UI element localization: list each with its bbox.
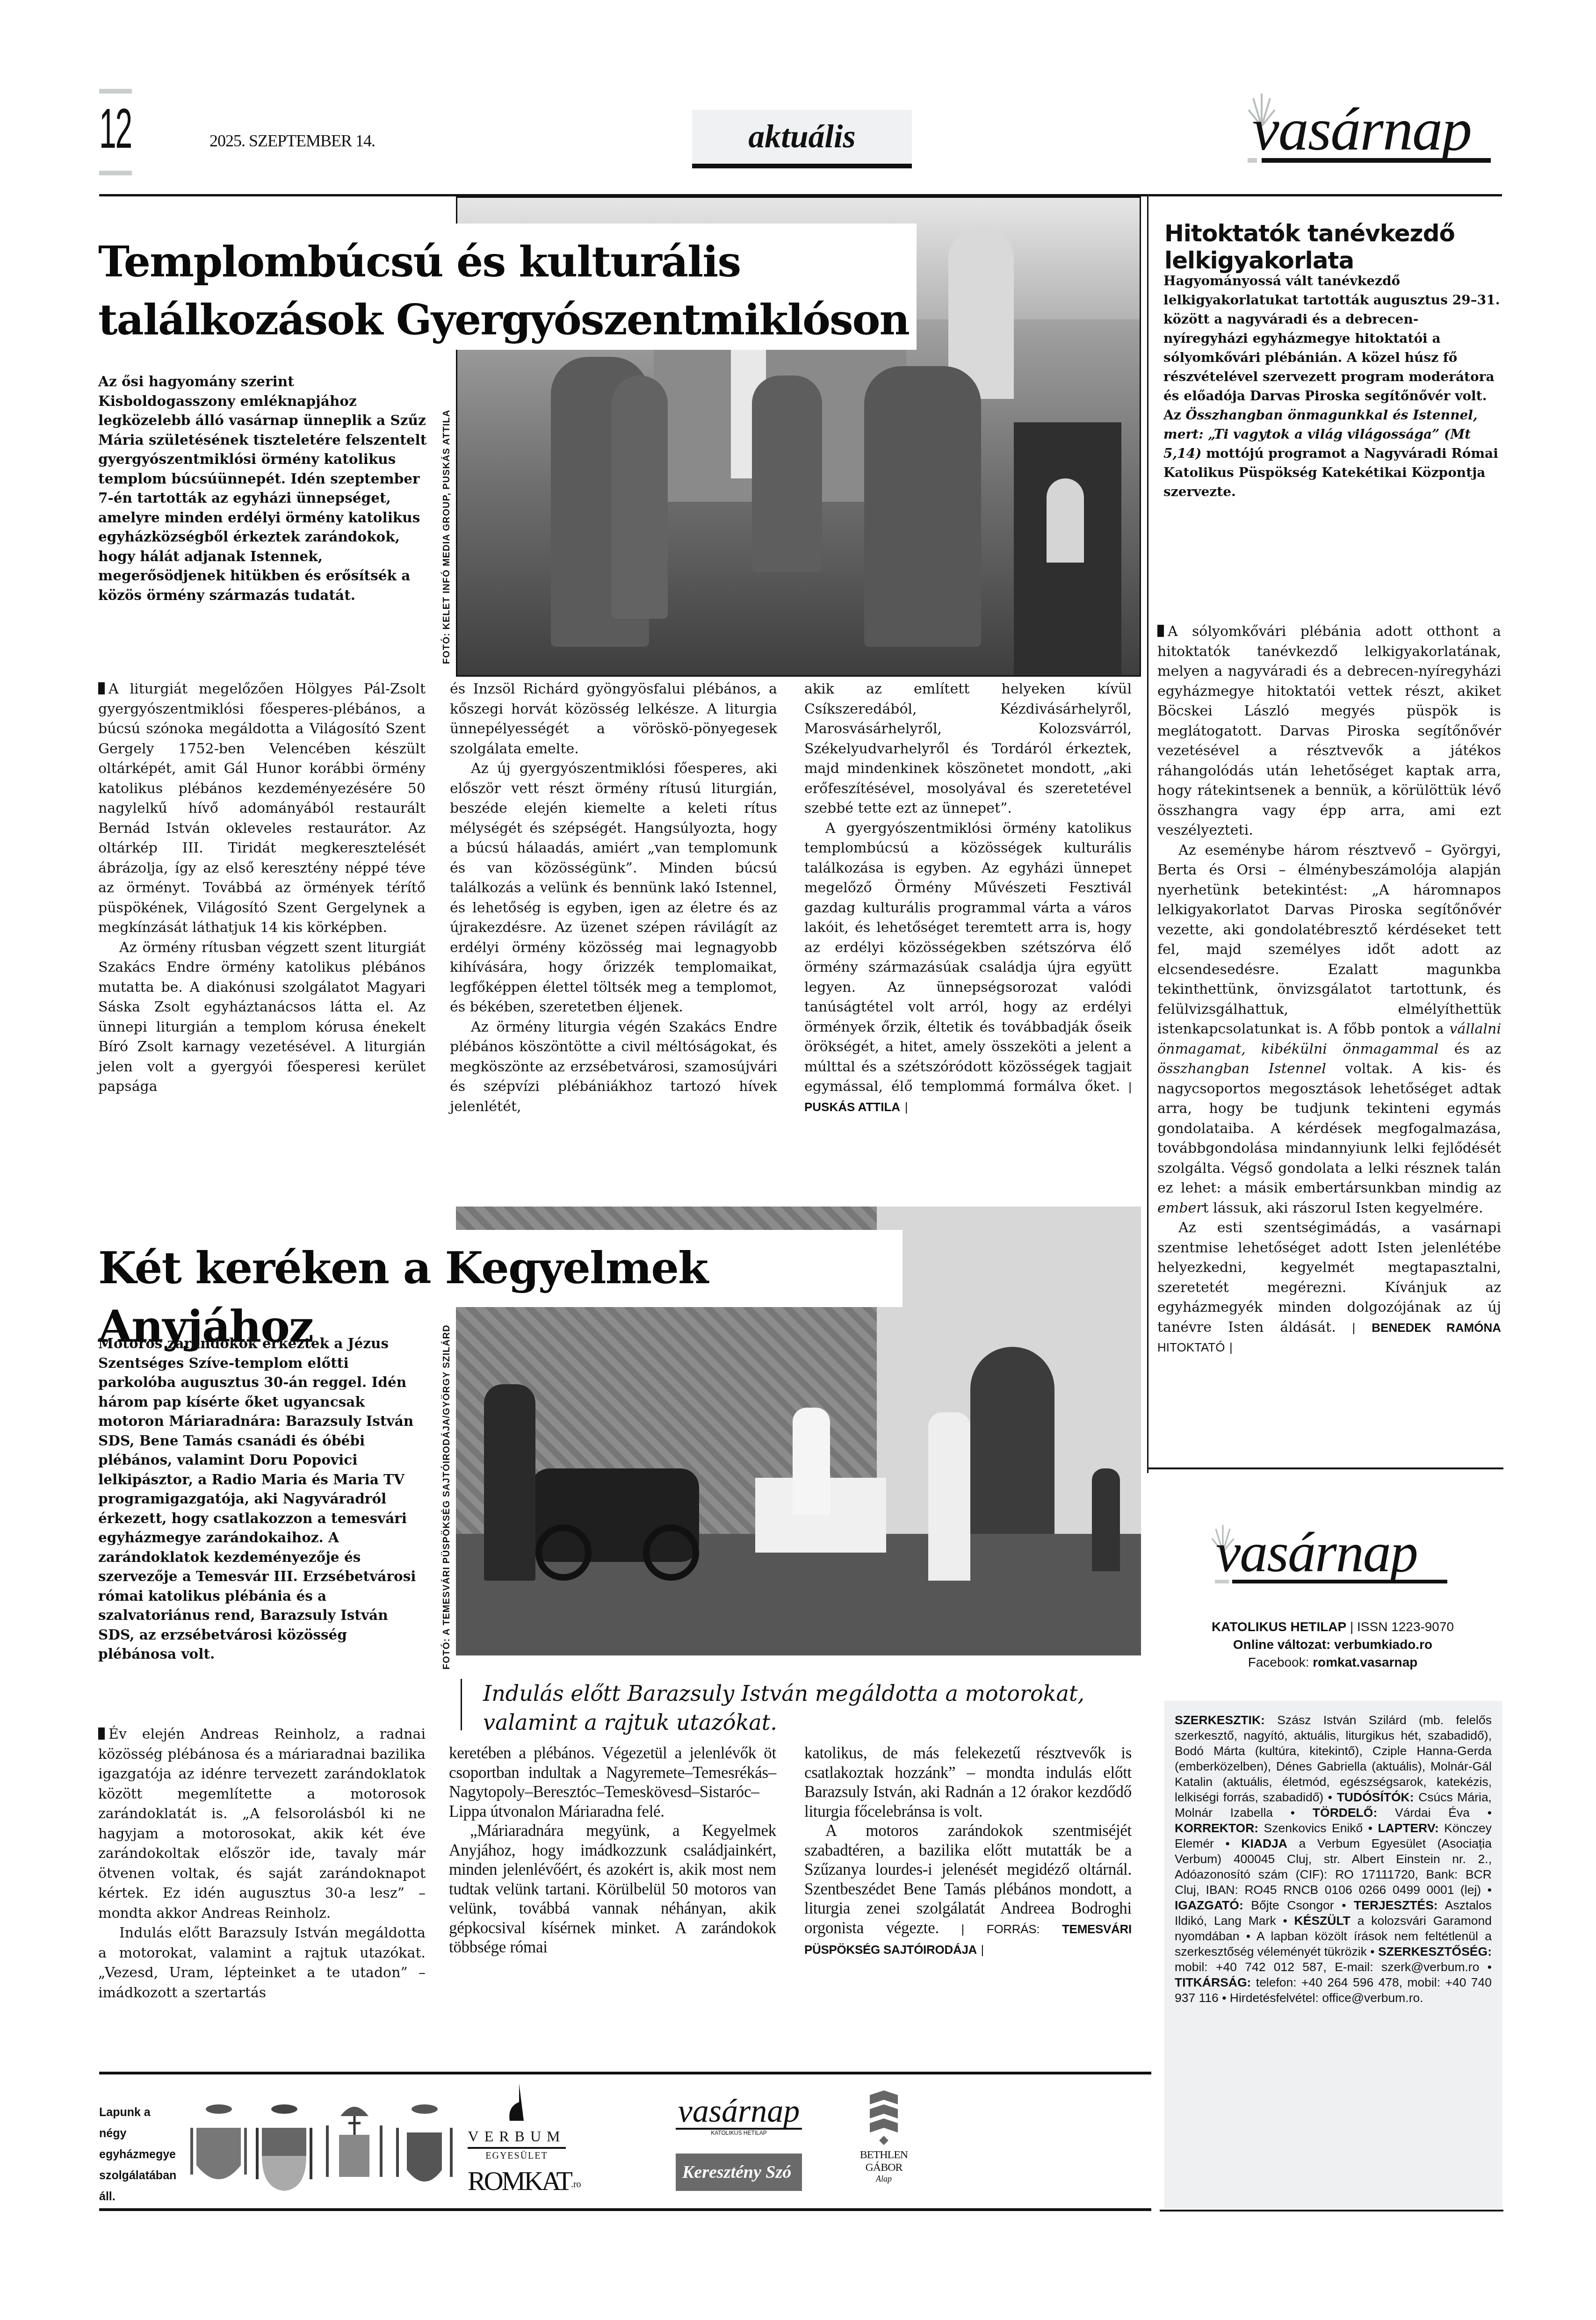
article1-col1: A liturgiát megelőzően Hölgyes Pál-Zsolt… bbox=[98, 679, 426, 1097]
imprint-info: KATOLIKUS HETILAP | ISSN 1223-9070 Onlin… bbox=[1164, 1618, 1501, 1671]
article1-author: PUSKÁS ATTILA bbox=[804, 1100, 900, 1114]
logo-rule-black bbox=[1262, 158, 1491, 163]
bethlen-gabor-logo: BETHLEN GÁBOR Alap bbox=[846, 2090, 921, 2184]
article2-title: Két keréken a Kegyelmek Anyjához bbox=[94, 1230, 903, 1307]
logo-rule-black bbox=[1232, 1580, 1447, 1583]
article1-col3: akik az említett helyeken kívül Csíkszer… bbox=[804, 679, 1132, 1117]
article2-col2: keretében a plébános. Végezetül a jelenl… bbox=[449, 1743, 776, 1957]
chalice-emblem bbox=[1047, 478, 1084, 563]
sidebar-divider bbox=[1147, 196, 1148, 1473]
kereszteny-szo-logo: Keresztény Szó ✝ bbox=[676, 2154, 802, 2191]
priest-figure bbox=[793, 1408, 830, 1515]
imprint-wordmark: vasárnap bbox=[1216, 1525, 1417, 1581]
issue-date: 2025. SZEPTEMBER 14. bbox=[209, 131, 375, 151]
robed-figure bbox=[864, 366, 981, 647]
paragraph-marker bbox=[98, 1727, 105, 1740]
bethlen-chevron-icon bbox=[867, 2090, 900, 2147]
motorcycle-wheel bbox=[643, 1525, 699, 1581]
article2-col1: Év elején Andreas Reinholz, a radnai köz… bbox=[98, 1725, 426, 2003]
photo-credit-2: FOTÓ: A TEMESVÁRI PÜSPÖKSÉG SAJTÓIRODÁJA… bbox=[441, 1305, 452, 1670]
robed-figure bbox=[752, 376, 822, 572]
article2-col3: katolikus, de más felekezetű résztvevők … bbox=[804, 1743, 1132, 1960]
ads-email[interactable]: Hirdetésfelvétel: office@verbum.ro. bbox=[1230, 1991, 1423, 2005]
paragraph-marker bbox=[98, 682, 105, 694]
editorial-email[interactable]: mobil: +40 742 012 587, E-mail: szerk@ve… bbox=[1175, 1960, 1479, 1974]
vasarnap-footer-logo: vasárnap KATOLIKUS HETILAP bbox=[676, 2095, 802, 2136]
church-door bbox=[970, 1347, 1054, 1534]
facebook-link[interactable]: romkat.vasarnap bbox=[1313, 1655, 1417, 1670]
diocese-crest-4-icon bbox=[393, 2100, 456, 2193]
romkat-logo: ROMKAT.ro bbox=[468, 2165, 566, 2197]
section-label: aktuális bbox=[748, 110, 856, 164]
priest-figure bbox=[928, 1412, 970, 1581]
page-number-bar-bottom bbox=[99, 171, 132, 175]
photo-caption: Indulás előtt Barazsuly István megáldott… bbox=[461, 1679, 1134, 1730]
robed-figure bbox=[612, 376, 668, 619]
page-number: 12 bbox=[99, 101, 131, 157]
footer-rule-bottom bbox=[99, 2208, 1151, 2211]
imprint-rule bbox=[1160, 2210, 1503, 2212]
sidebar-lead: Hagyományossá vált tanévkezdő lelkigyako… bbox=[1163, 271, 1501, 501]
sidebar-body: A sólyomkővári plébánia adott otthont a … bbox=[1157, 622, 1501, 1358]
article1-col2: és Inzsöl Richárd gyöngyösfalui plébános… bbox=[450, 679, 777, 1117]
footer-rule-top bbox=[99, 2072, 1151, 2074]
verbum-book-icon bbox=[505, 2083, 528, 2125]
diocese-crest-1-icon bbox=[187, 2100, 250, 2193]
sidebar-author: BENEDEK RAMÓNA bbox=[1372, 1321, 1501, 1335]
biker-figure bbox=[484, 1384, 535, 1581]
verbum-logo: VERBUM EGYESÜLET bbox=[468, 2083, 566, 2161]
musician-figure bbox=[1092, 1468, 1120, 1571]
sidebar-title: Hitoktatók tanévkezdő lelkigyakorlata bbox=[1164, 220, 1501, 274]
diocese-crest-3-icon bbox=[323, 2097, 386, 2191]
brand-logo: vasárnap bbox=[1248, 94, 1491, 164]
article1-lead: Az ősi hagyomány szerint Kisboldogasszon… bbox=[98, 372, 430, 605]
paragraph-marker bbox=[1157, 625, 1164, 637]
article1-title: Templombúcsú és kulturális találkozások … bbox=[94, 224, 917, 350]
logo-rule-gray bbox=[1215, 1580, 1229, 1583]
article2-lead: Motoros zarándokok érkeztek a Jézus Szen… bbox=[98, 1334, 428, 1664]
diocese-crest-2-icon bbox=[253, 2100, 316, 2193]
imprint-box: SZERKESZTIK: Szász István Szilárd (mb. f… bbox=[1164, 1701, 1502, 2208]
imprint-logo: vasárnap bbox=[1211, 1525, 1454, 1585]
footer-label: Lapunk a négy egyházmegye szolgálatában … bbox=[99, 2102, 172, 2207]
motorcycle-wheel bbox=[535, 1525, 592, 1581]
sidebar-rule bbox=[1148, 1467, 1503, 1469]
brand-wordmark: vasárnap bbox=[1252, 99, 1471, 160]
page-number-bar-top bbox=[99, 89, 132, 94]
logo-rule-gray bbox=[1248, 158, 1257, 163]
section-tab: aktuális bbox=[692, 110, 912, 168]
